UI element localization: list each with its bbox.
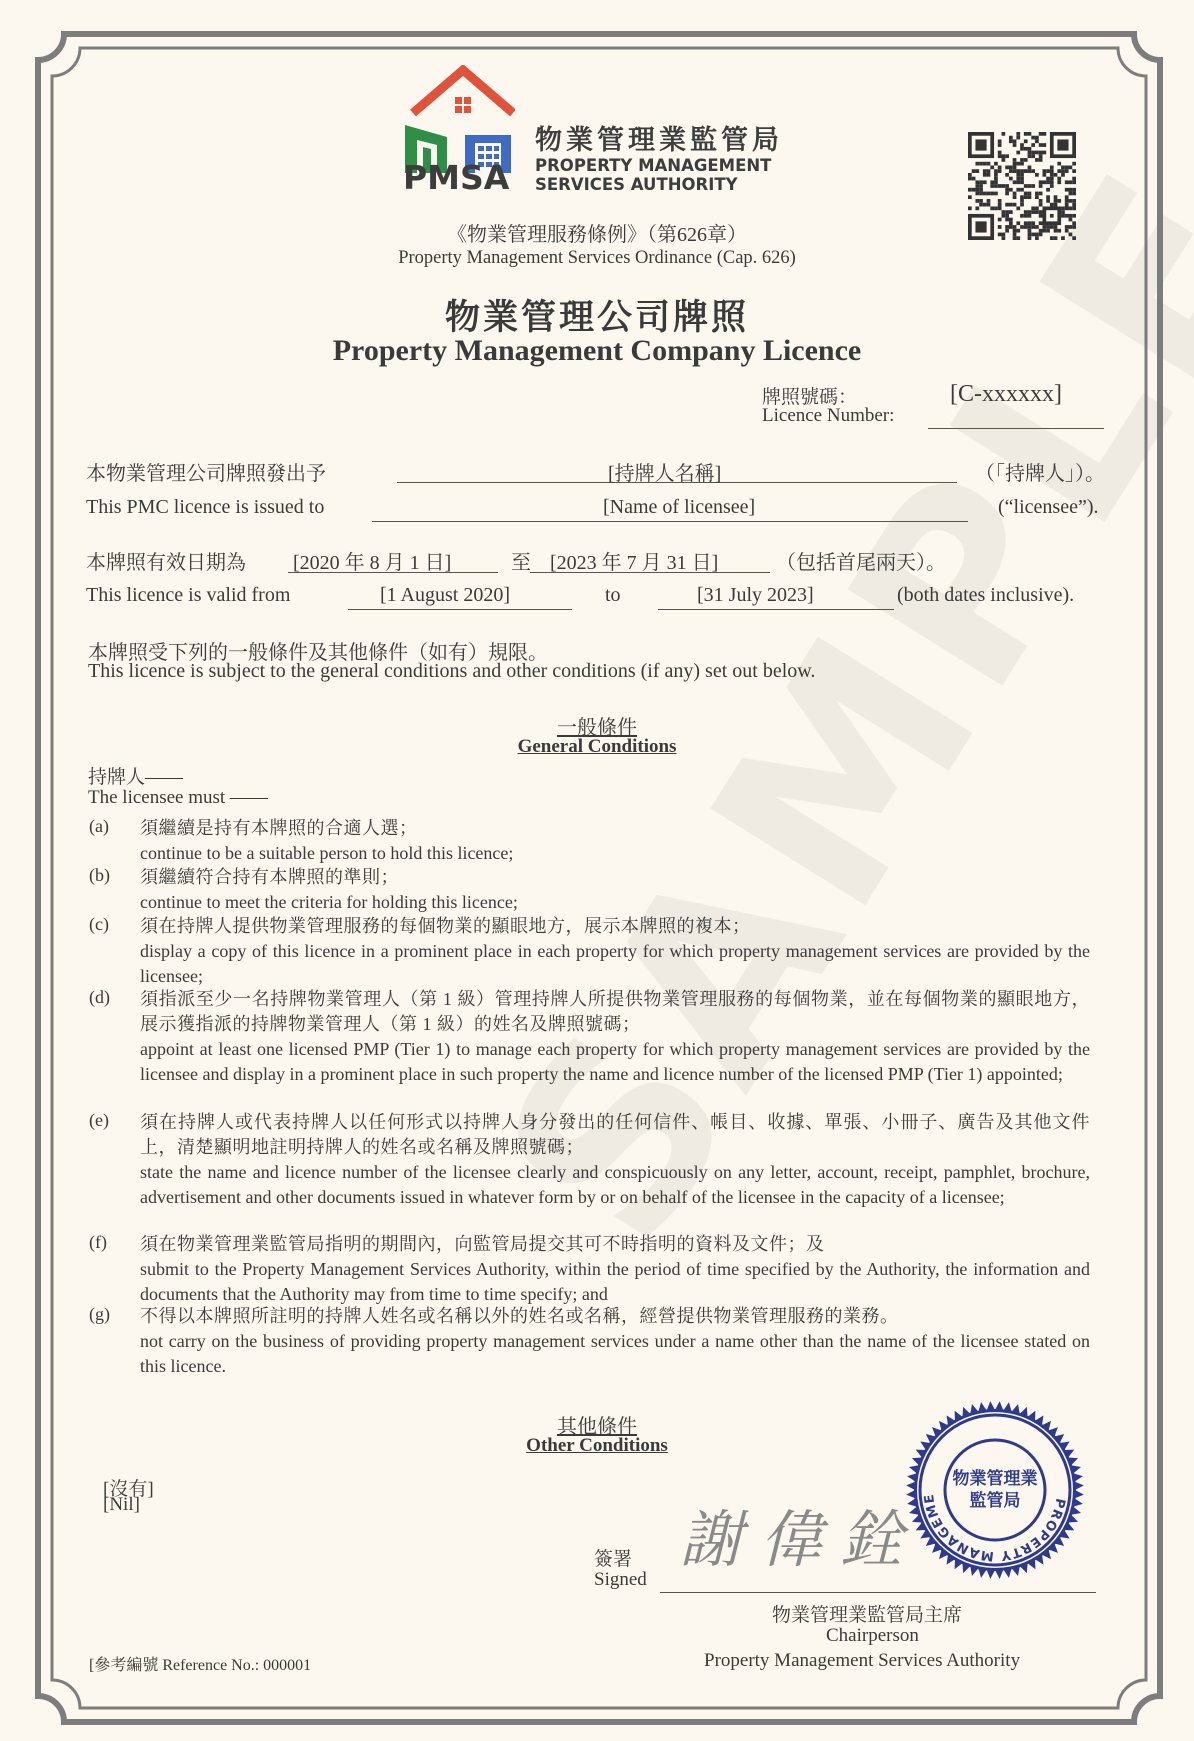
valid-until-en: [31 July 2023] bbox=[697, 584, 814, 607]
licence-number-underline bbox=[928, 428, 1104, 429]
other-conditions-value-en: [Nil] bbox=[103, 1494, 140, 1516]
title-en: Property Management Company Licence bbox=[0, 334, 1194, 368]
signature-line bbox=[660, 1592, 1096, 1593]
condition-text-zh: 須在持牌人提供物業管理服務的每個物業的顯眼地方，展示本牌照的複本； bbox=[140, 914, 1090, 939]
org-name-en: PROPERTY MANAGEMENT SERVICES AUTHORITY bbox=[535, 156, 771, 194]
ordinance-zh: 《物業管理服務條例》（第626章） bbox=[0, 218, 1194, 247]
issued-to-suffix-en: (“licensee”). bbox=[998, 496, 1098, 519]
validity-to-en: to bbox=[605, 584, 621, 607]
licence-number-value: [C-xxxxxx] bbox=[950, 381, 1062, 408]
licensee-name-zh: [持牌人名稱] bbox=[608, 457, 721, 486]
condition-text-zh: 不得以本牌照所註明的持牌人姓名或名稱以外的姓名或名稱，經營提供物業管理服務的業務… bbox=[140, 1304, 1090, 1329]
ordinance-en: Property Management Services Ordinance (… bbox=[0, 248, 1194, 269]
condition-text-en: display a copy of this licence in a prom… bbox=[140, 939, 1090, 989]
validity-label-en: This licence is valid from bbox=[86, 584, 290, 607]
subject-to-en: This licence is subject to the general c… bbox=[88, 660, 815, 683]
condition-item: 不得以本牌照所註明的持牌人姓名或名稱以外的姓名或名稱，經營提供物業管理服務的業務… bbox=[140, 1304, 1090, 1379]
reference-number: [參考編號 Reference No.: 000001 bbox=[89, 1652, 311, 1675]
condition-label: (g) bbox=[89, 1304, 110, 1325]
svg-text:物業管理業: 物業管理業 bbox=[953, 1468, 1038, 1489]
valid-from-zh: [2020 年 8 月 1 日] bbox=[293, 546, 451, 575]
licence-certificate: SAMPLE PMSA 物業管理業監管局 PROPERTY MANAGEMENT… bbox=[0, 0, 1194, 1741]
licensee-must-en: The licensee must —— bbox=[88, 787, 268, 809]
condition-label: (e) bbox=[89, 1110, 109, 1131]
condition-text-en: appoint at least one licensed PMP (Tier … bbox=[140, 1037, 1090, 1087]
signed-label-zh: 簽署 bbox=[594, 1544, 632, 1571]
condition-item: 須繼續是持有本牌照的合適人選；continue to be a suitable… bbox=[140, 816, 1090, 866]
signatory-title-zh: 物業管理業監管局主席 bbox=[772, 1600, 962, 1627]
issued-to-label-zh: 本物業管理公司牌照發出予 bbox=[86, 457, 326, 486]
condition-text-en: submit to the Property Management Servic… bbox=[140, 1257, 1090, 1307]
condition-text-en: state the name and licence number of the… bbox=[140, 1160, 1090, 1210]
condition-label: (f) bbox=[89, 1232, 107, 1253]
condition-text-en: continue to meet the criteria for holdin… bbox=[140, 890, 1090, 915]
condition-text-zh: 須指派至少一名持牌物業管理人（第 1 級）管理持牌人所提供物業管理服務的每個物業… bbox=[140, 987, 1090, 1037]
validity-suffix-en: (both dates inclusive). bbox=[897, 584, 1074, 607]
condition-item: 須在物業管理業監管局指明的期間內，向監管局提交其可不時指明的資料及文件；及sub… bbox=[140, 1232, 1090, 1307]
condition-item: 須在持牌人提供物業管理服務的每個物業的顯眼地方，展示本牌照的複本；display… bbox=[140, 914, 1090, 989]
valid-until-zh: [2023 年 7 月 31 日] bbox=[550, 546, 718, 575]
issued-to-en-underline bbox=[372, 521, 968, 522]
validity-label-zh: 本牌照有效日期為 bbox=[86, 546, 246, 575]
licensee-must-zh: 持牌人—— bbox=[88, 762, 183, 789]
condition-item: 須繼續符合持有本牌照的準則；continue to meet the crite… bbox=[140, 865, 1090, 915]
condition-label: (a) bbox=[89, 816, 109, 837]
org-name-zh: 物業管理業監管局 bbox=[535, 118, 783, 157]
issued-to-suffix-zh: （「持牌人」）。 bbox=[975, 457, 1105, 486]
condition-label: (c) bbox=[89, 914, 109, 935]
licensee-name-en: [Name of licensee] bbox=[603, 496, 755, 519]
handwritten-signature: 謝偉銓 bbox=[680, 1490, 920, 1579]
validity-to-zh: 至 bbox=[511, 546, 531, 575]
condition-text-en: not carry on the business of providing p… bbox=[140, 1329, 1090, 1379]
title-zh: 物業管理公司牌照 bbox=[0, 290, 1194, 340]
condition-text-en: continue to be a suitable person to hold… bbox=[140, 841, 1090, 866]
condition-item: 須在持牌人或代表持牌人以任何形式以持牌人身分發出的任何信件、帳目、收據、單張、小… bbox=[140, 1110, 1090, 1210]
general-conditions-heading-en: General Conditions bbox=[0, 736, 1194, 758]
svg-text:監管局: 監管局 bbox=[970, 1490, 1021, 1511]
valid-from-en-underline bbox=[348, 609, 572, 610]
signatory-org-en: Property Management Services Authority bbox=[704, 1650, 1020, 1672]
condition-item: 須指派至少一名持牌物業管理人（第 1 級）管理持牌人所提供物業管理服務的每個物業… bbox=[140, 987, 1090, 1087]
logo-wordmark: PMSA bbox=[403, 158, 509, 197]
condition-label: (b) bbox=[89, 865, 110, 886]
signed-label-en: Signed bbox=[594, 1569, 647, 1591]
valid-from-en: [1 August 2020] bbox=[380, 584, 510, 607]
pmsa-seal-icon: PROPERTY MANAGEMENT SERVICES AUTHORITY 物… bbox=[905, 1400, 1085, 1580]
valid-until-en-underline bbox=[658, 609, 894, 610]
condition-text-zh: 須繼續符合持有本牌照的準則； bbox=[140, 865, 1090, 890]
issued-to-label-en: This PMC licence is issued to bbox=[86, 496, 324, 519]
condition-label: (d) bbox=[89, 987, 110, 1008]
signatory-title-en: Chairperson bbox=[826, 1625, 919, 1647]
condition-text-zh: 須繼續是持有本牌照的合適人選； bbox=[140, 816, 1090, 841]
condition-text-zh: 須在持牌人或代表持牌人以任何形式以持牌人身分發出的任何信件、帳目、收據、單張、小… bbox=[140, 1110, 1090, 1160]
condition-text-zh: 須在物業管理業監管局指明的期間內，向監管局提交其可不時指明的資料及文件；及 bbox=[140, 1232, 1090, 1257]
licence-number-label-en: Licence Number: bbox=[762, 405, 894, 427]
validity-suffix-zh: （包括首尾兩天）。 bbox=[776, 546, 946, 575]
